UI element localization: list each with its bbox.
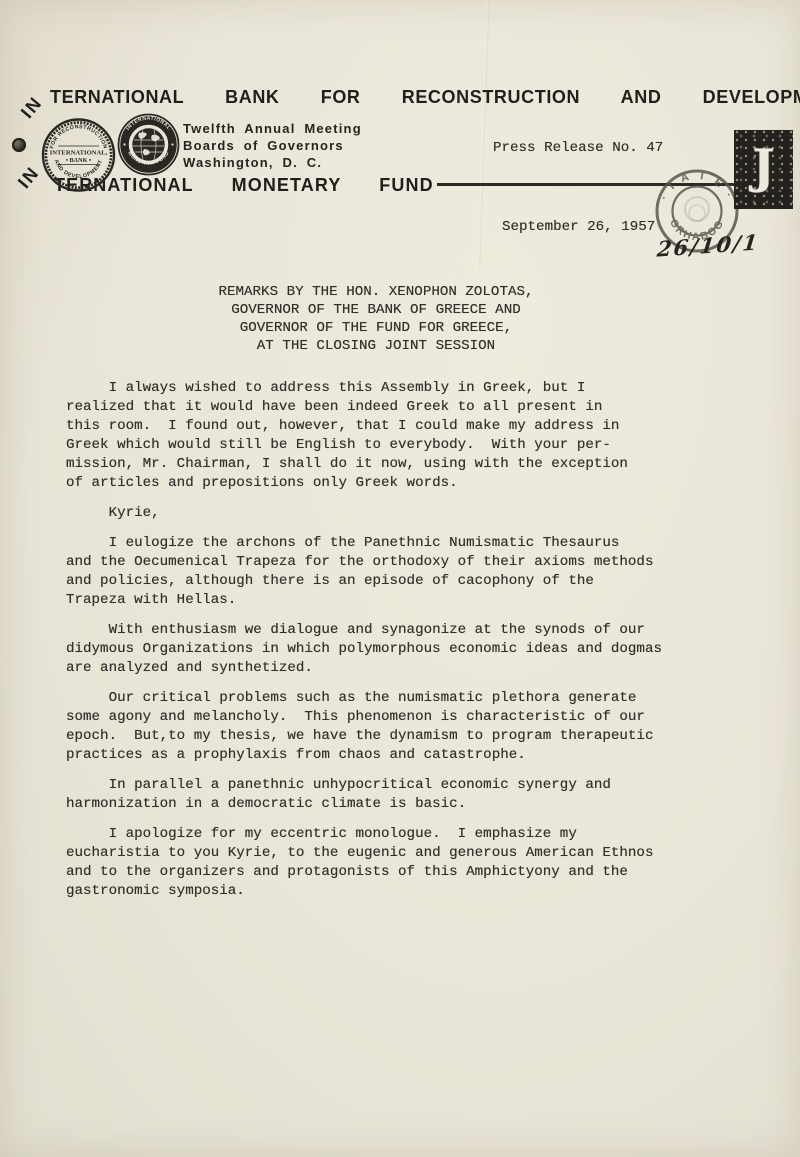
body-line: epoch. But,to my thesis, we have the dyn… — [66, 727, 662, 746]
corner-stamp-letter: J — [752, 140, 774, 195]
body-line: mission, Mr. Chairman, I shall do it now… — [66, 455, 662, 474]
body-line: Kyrie, — [66, 504, 662, 523]
release-date: September 26, 1957 — [502, 219, 655, 235]
body-line: and the Oecumenical Trapeza for the orth… — [66, 553, 662, 572]
title-line-3: GOVERNOR OF THE FUND FOR GREECE, — [0, 319, 752, 337]
fund-title-tilted-prefix: IN — [14, 162, 44, 192]
body-line: of articles and prepositions only Greek … — [66, 474, 662, 493]
body-line: In parallel a panethnic unhypocritical e… — [66, 776, 662, 795]
bank-seal-center-line1: INTERNATIONAL, — [50, 150, 108, 157]
body-line: harmonization in a democratic climate is… — [66, 795, 662, 814]
paragraph: Our critical problems such as the numism… — [66, 689, 662, 765]
corner-letter-stamp: J — [734, 130, 793, 209]
body-line: some agony and melancholy. This phenomen… — [66, 708, 662, 727]
small-emblem-icon — [12, 138, 26, 152]
title-line-2: GOVERNOR OF THE BANK OF GREECE AND — [0, 301, 752, 319]
body-line: gastronomic symposia. — [66, 882, 662, 901]
body-line: and to the organizers and protagonists o… — [66, 863, 662, 882]
press-release-number: Press Release No. 47 — [493, 140, 663, 156]
bank-seal-center-line2: • BANK • — [66, 157, 91, 164]
title-line-4: AT THE CLOSING JOINT SESSION — [0, 337, 752, 355]
title-line-1: REMARKS BY THE HON. XENOPHON ZOLOTAS, — [0, 283, 752, 301]
meeting-line-1: Twelfth Annual Meeting — [183, 120, 362, 137]
body-line: I apologize for my eccentric monologue. … — [66, 825, 662, 844]
paragraph: I always wished to address this Assembly… — [66, 379, 662, 493]
document-body: I always wished to address this Assembly… — [66, 379, 662, 912]
paragraph: With enthusiasm we dialogue and synagoni… — [66, 621, 662, 678]
paragraph: Kyrie, — [66, 504, 662, 523]
press-release-page: IN TERNATIONAL BANK FOR RECONSTRUCTION A… — [0, 0, 800, 1157]
body-line: practices as a prophylaxis from chaos an… — [66, 746, 662, 765]
body-line: Greek which would still be English to ev… — [66, 436, 662, 455]
body-line: are analyzed and synthetized. — [66, 659, 662, 678]
body-line: didymous Organizations in which polymorp… — [66, 640, 662, 659]
meeting-info: Twelfth Annual Meeting Boards of Governo… — [183, 120, 362, 171]
title-block: REMARKS BY THE HON. XENOPHON ZOLOTAS, GO… — [0, 283, 752, 355]
meeting-line-3: Washington, D. C. — [183, 154, 362, 171]
body-line: Trapeza with Hellas. — [66, 591, 662, 610]
paragraph: I apologize for my eccentric monologue. … — [66, 825, 662, 901]
body-line: eucharistia to you Kyrie, to the eugenic… — [66, 844, 662, 863]
body-line: I always wished to address this Assembly… — [66, 379, 662, 398]
imf-seal-icon: INTERNATIONAL MONETARY FUND — [117, 113, 180, 176]
body-line: and policies, although there is an episo… — [66, 572, 662, 591]
body-line: Our critical problems such as the numism… — [66, 689, 662, 708]
paragraph: In parallel a panethnic unhypocritical e… — [66, 776, 662, 814]
body-line: With enthusiasm we dialogue and synagoni… — [66, 621, 662, 640]
meeting-line-2: Boards of Governors — [183, 137, 362, 154]
body-line: realized that it would have been indeed … — [66, 398, 662, 417]
world-bank-seal-icon: FOR RECONSTRUCTION AND DEVELOPMENT INTER… — [41, 116, 116, 194]
body-line: I eulogize the archons of the Panethnic … — [66, 534, 662, 553]
bank-title-line: TERNATIONAL BANK FOR RECONSTRUCTION AND … — [50, 87, 800, 108]
paragraph: I eulogize the archons of the Panethnic … — [66, 534, 662, 610]
body-line: this room. I found out, however, that I … — [66, 417, 662, 436]
paper-crease — [477, 0, 489, 268]
